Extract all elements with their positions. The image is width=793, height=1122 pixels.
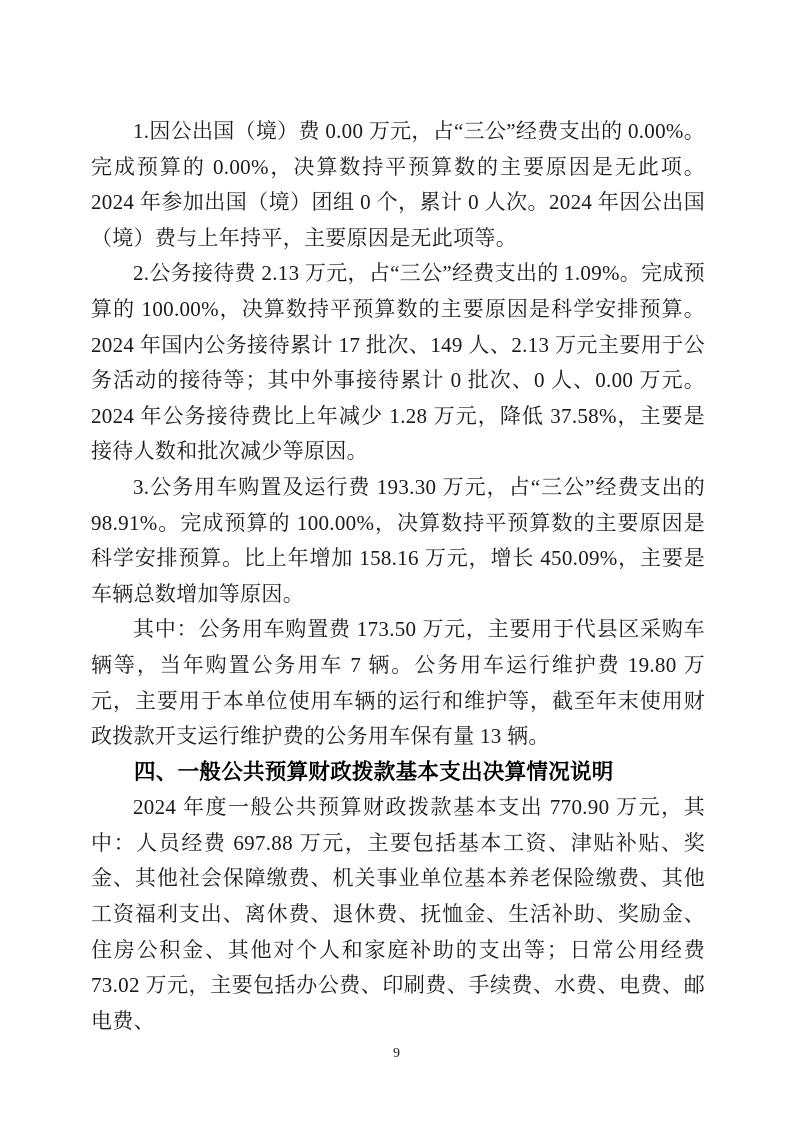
paragraph-basic-expenditure-detail: 2024 年度一般公共预算财政拨款基本支出 770.90 万元，其中：人员经费 … (91, 790, 705, 1039)
section-heading-basic-expenditure: 四、一般公共预算财政拨款基本支出决算情况说明 (91, 755, 705, 791)
document-page: 1.因公出国（境）费 0.00 万元，占“三公”经费支出的 0.00%。完成预算… (0, 0, 793, 1122)
document-body: 1.因公出国（境）费 0.00 万元，占“三公”经费支出的 0.00%。完成预算… (91, 114, 705, 1039)
paragraph-overseas-travel-expense: 1.因公出国（境）费 0.00 万元，占“三公”经费支出的 0.00%。完成预算… (91, 114, 705, 256)
paragraph-official-reception-expense: 2.公务接待费 2.13 万元，占“三公”经费支出的 1.09%。完成预算的 1… (91, 256, 705, 470)
page-number: 9 (0, 1046, 793, 1062)
paragraph-vehicle-purchase-detail: 其中：公务用车购置费 173.50 万元，主要用于代县区采购车辆等，当年购置公务… (91, 612, 705, 754)
paragraph-official-vehicle-expense: 3.公务用车购置及运行费 193.30 万元，占“三公”经费支出的 98.91%… (91, 470, 705, 612)
